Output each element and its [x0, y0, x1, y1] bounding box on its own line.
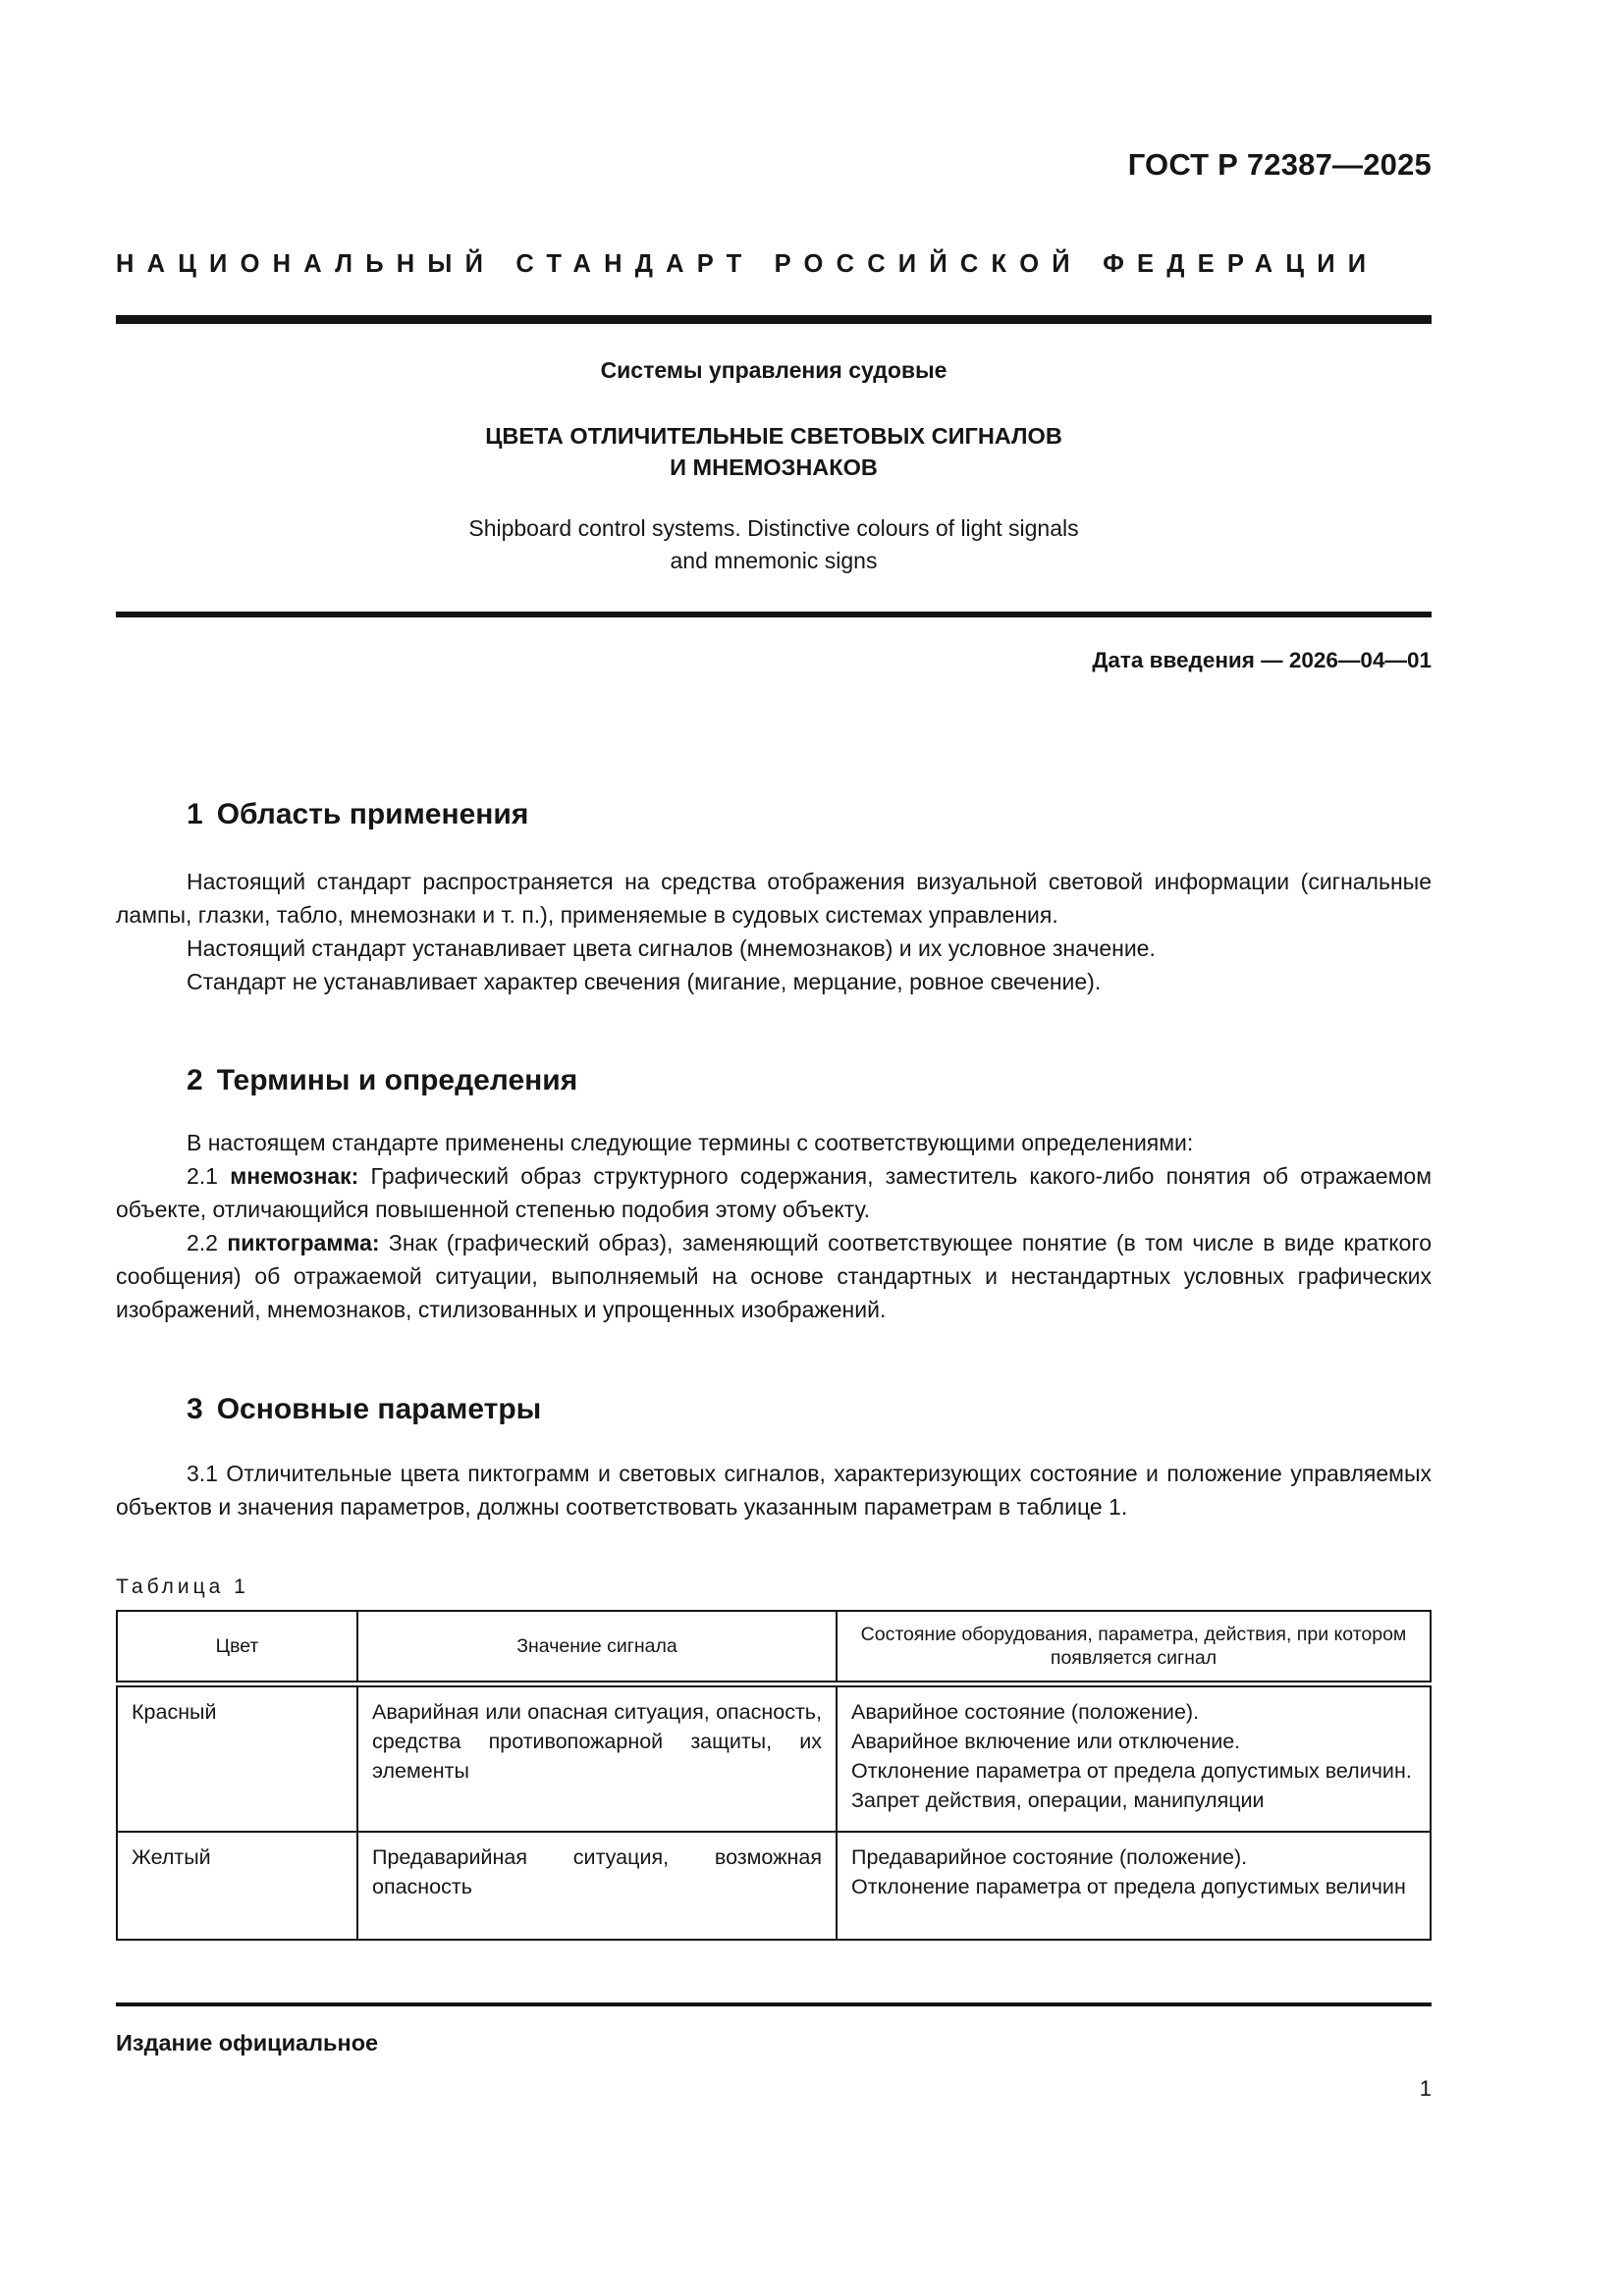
- cell-color: Красный: [117, 1684, 357, 1832]
- edition-label: Издание официальное: [116, 2030, 378, 2056]
- signal-colors-table: Цвет Значение сигнала Состояние оборудов…: [116, 1610, 1432, 1941]
- paragraph: Настоящий стандарт устанавливает цвета с…: [116, 932, 1432, 965]
- section-heading: 2Термины и определения: [187, 1064, 577, 1097]
- cell-meaning: Предаварийная ситуация, возможная опасно…: [357, 1832, 837, 1940]
- section-body: 3.1 Отличительные цвета пиктограмм и све…: [116, 1457, 1432, 1523]
- national-standard-banner: НАЦИОНАЛЬНЫЙ СТАНДАРТ РОССИЙСКОЙ ФЕДЕРАЦ…: [116, 250, 1432, 279]
- english-title: Shipboard control systems. Distinctive c…: [116, 512, 1432, 577]
- state-line: Предаварийное состояние (положение).: [851, 1842, 1416, 1872]
- table-caption: Таблица 1: [116, 1575, 249, 1599]
- document-number: ГОСТ Р 72387—2025: [1128, 147, 1432, 183]
- paragraph: Настоящий стандарт распространяется на с…: [116, 865, 1432, 932]
- paragraph: В настоящем стандарте применены следующи…: [116, 1126, 1432, 1159]
- introduction-date: Дата введения — 2026—04—01: [1092, 648, 1432, 673]
- cell-states: Аварийное состояние (положение). Аварийн…: [837, 1684, 1431, 1832]
- column-header-meaning: Значение сигнала: [357, 1611, 837, 1684]
- section-title: Область применения: [217, 798, 529, 830]
- section-number: 2: [187, 1064, 203, 1096]
- paragraph: Стандарт не устанавливает характер свече…: [116, 965, 1432, 998]
- section-body: Настоящий стандарт распространяется на с…: [116, 865, 1432, 998]
- english-title-line-1: Shipboard control systems. Distinctive c…: [116, 512, 1432, 545]
- section-body: В настоящем стандарте применены следующи…: [116, 1126, 1432, 1326]
- standard-title-line-1: ЦВЕТА ОТЛИЧИТЕЛЬНЫЕ СВЕТОВЫХ СИГНАЛОВ: [116, 420, 1432, 452]
- table-row: Красный Аварийная или опасная ситуация, …: [117, 1684, 1431, 1832]
- term-number: 2.2: [187, 1230, 218, 1255]
- standard-title-line-2: И МНЕМОЗНАКОВ: [116, 452, 1432, 483]
- table-row: Желтый Предаварийная ситуация, возможная…: [117, 1832, 1431, 1940]
- column-header-state: Состояние оборудования, параметра, дейст…: [837, 1611, 1431, 1684]
- term: пиктограмма:: [227, 1230, 379, 1255]
- footer-divider: [116, 2002, 1432, 2006]
- state-line: Аварийное состояние (положение).: [851, 1697, 1416, 1727]
- state-line: Аварийное включение или отключение.: [851, 1727, 1416, 1756]
- cell-color: Желтый: [117, 1832, 357, 1940]
- paragraph: 3.1 Отличительные цвета пиктограмм и све…: [116, 1457, 1432, 1523]
- title-divider: [116, 612, 1432, 617]
- system-title: Системы управления судовые: [116, 357, 1432, 384]
- term-definition: 2.2 пиктограмма: Знак (графический образ…: [116, 1226, 1432, 1326]
- cell-states: Предаварийное состояние (положение). Отк…: [837, 1832, 1431, 1940]
- section-number: 3: [187, 1393, 203, 1425]
- section-title: Основные параметры: [217, 1393, 542, 1425]
- english-title-line-2: and mnemonic signs: [116, 545, 1432, 577]
- state-line: Отклонение параметра от предела допустим…: [851, 1756, 1416, 1786]
- state-line: Отклонение параметра от предела допустим…: [851, 1872, 1416, 1901]
- term: мнемознак:: [230, 1163, 358, 1189]
- top-divider: [116, 315, 1432, 324]
- section-number: 1: [187, 798, 203, 830]
- term-number: 2.1: [187, 1163, 218, 1189]
- section-heading: 1Область применения: [187, 798, 528, 831]
- cell-meaning: Аварийная или опасная ситуация, опасност…: [357, 1684, 837, 1832]
- section-heading: 3Основные параметры: [187, 1393, 541, 1426]
- state-line: Запрет действия, операции, манипуляции: [851, 1786, 1416, 1815]
- standard-title: ЦВЕТА ОТЛИЧИТЕЛЬНЫЕ СВЕТОВЫХ СИГНАЛОВ И …: [116, 420, 1432, 483]
- page-number: 1: [1420, 2076, 1432, 2102]
- section-title: Термины и определения: [217, 1064, 578, 1096]
- table-header-row: Цвет Значение сигнала Состояние оборудов…: [117, 1611, 1431, 1684]
- column-header-color: Цвет: [117, 1611, 357, 1684]
- term-definition: 2.1 мнемознак: Графический образ структу…: [116, 1159, 1432, 1226]
